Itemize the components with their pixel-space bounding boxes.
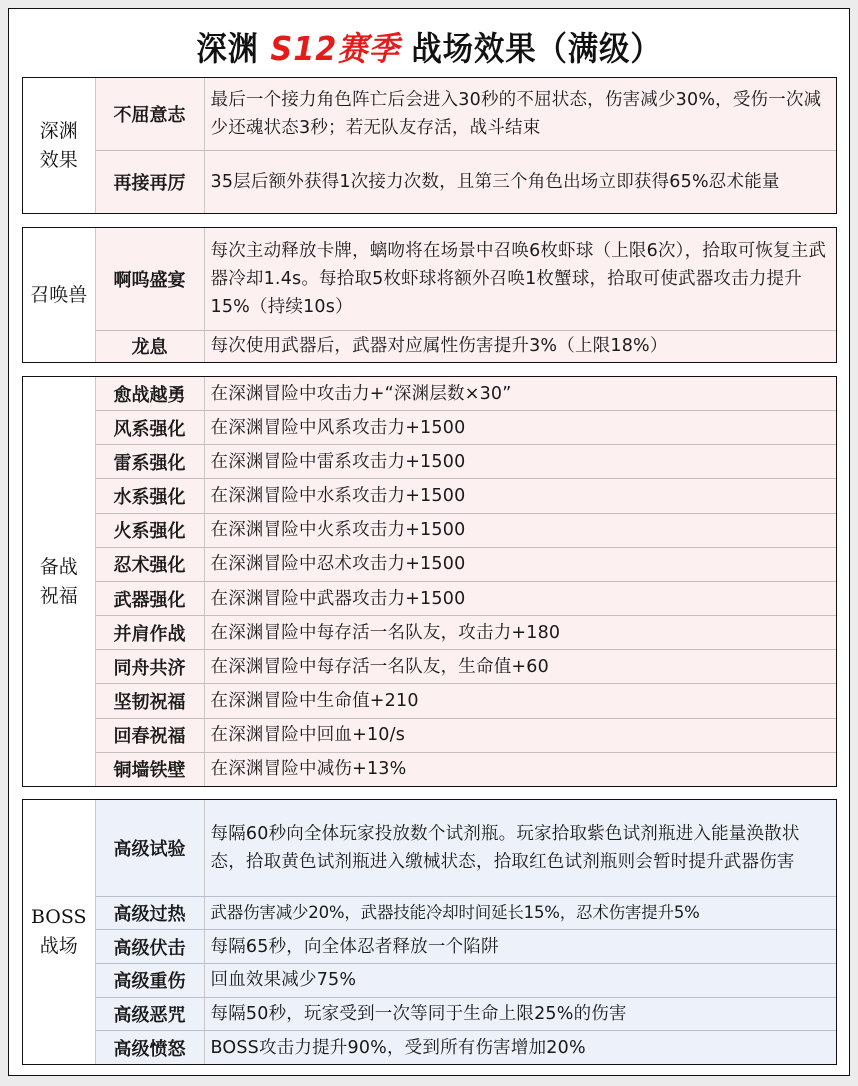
blessing-name: 武器强化 xyxy=(95,581,204,615)
table-row: 坚韧祝福 在深渊冒险中生命值+210 xyxy=(23,684,836,718)
table-row: 高级重伤 回血效果减少75% xyxy=(23,963,836,997)
blessing-name: 同舟共济 xyxy=(95,650,204,684)
title-suffix: 战场效果（满级） xyxy=(400,29,662,68)
blessing-name: 坚韧祝福 xyxy=(95,684,204,718)
category-label: 召唤兽 xyxy=(23,228,95,362)
boss-effect-desc: 每隔60秒向全体玩家投放数个试剂瓶。玩家拾取紫色试剂瓶进入能量涣散状态，拾取黄色… xyxy=(204,800,836,896)
blessing-desc: 在深渊冒险中武器攻击力+1500 xyxy=(204,581,836,615)
category-label: BOSS 战场 xyxy=(23,800,95,1064)
category-line: 战场 xyxy=(23,932,95,961)
table-row: 武器强化 在深渊冒险中武器攻击力+1500 xyxy=(23,581,836,615)
blessing-desc: 在深渊冒险中火系攻击力+1500 xyxy=(204,513,836,547)
boss-effect-name: 高级伏击 xyxy=(95,930,204,964)
table-row: 备战 祝福 愈战越勇 在深渊冒险中攻击力+“深渊层数×30” xyxy=(23,377,836,411)
table-row: 高级伏击 每隔65秒，向全体忍者释放一个陷阱 xyxy=(23,930,836,964)
boss-battlefield-table: BOSS 战场 高级试验 每隔60秒向全体玩家投放数个试剂瓶。玩家拾取紫色试剂瓶… xyxy=(23,800,836,1064)
page-title: 深渊 S12赛季 战场效果（满级） xyxy=(43,23,816,70)
blessing-name: 铜墙铁壁 xyxy=(95,752,204,786)
section-abyss-effects: 深渊 效果 不屈意志 最后一个接力角色阵亡后会进入30秒的不屈状态，伤害减少30… xyxy=(22,77,837,214)
title-season-highlight: S12赛季 xyxy=(270,29,399,68)
table-row: 水系强化 在深渊冒险中水系攻击力+1500 xyxy=(23,479,836,513)
blessing-desc: 在深渊冒险中风系攻击力+1500 xyxy=(204,411,836,445)
table-row: 召唤兽 啊呜盛宴 每次主动释放卡牌，螭吻将在场景中召唤6枚虾球（上限6次），拾取… xyxy=(23,228,836,330)
table-row: BOSS 战场 高级试验 每隔60秒向全体玩家投放数个试剂瓶。玩家拾取紫色试剂瓶… xyxy=(23,800,836,896)
blessing-desc: 在深渊冒险中生命值+210 xyxy=(204,684,836,718)
effect-name: 啊呜盛宴 xyxy=(95,228,204,330)
section-blessings: 备战 祝福 愈战越勇 在深渊冒险中攻击力+“深渊层数×30” 风系强化 在深渊冒… xyxy=(22,376,837,787)
effect-name: 龙息 xyxy=(95,330,204,362)
boss-effect-name: 高级试验 xyxy=(95,800,204,896)
effect-desc: 每次使用武器后，武器对应属性伤害提升3%（上限18%） xyxy=(204,330,836,362)
blessing-desc: 在深渊冒险中减伤+13% xyxy=(204,752,836,786)
summons-table: 召唤兽 啊呜盛宴 每次主动释放卡牌，螭吻将在场景中召唤6枚虾球（上限6次），拾取… xyxy=(23,228,836,362)
table-row: 高级过热 武器伤害减少20%，武器技能冷却时间延长15%，忍术伤害提升5% xyxy=(23,896,836,930)
effect-desc: 35层后额外获得1次接力次数，且第三个角色出场立即获得65%忍术能量 xyxy=(204,150,836,213)
table-row: 同舟共济 在深渊冒险中每存活一名队友，生命值+60 xyxy=(23,650,836,684)
boss-effect-desc: 回血效果减少75% xyxy=(204,963,836,997)
title-prefix: 深渊 xyxy=(196,29,270,68)
blessing-name: 水系强化 xyxy=(95,479,204,513)
blessing-desc: 在深渊冒险中每存活一名队友，生命值+60 xyxy=(204,650,836,684)
table-row: 风系强化 在深渊冒险中风系攻击力+1500 xyxy=(23,411,836,445)
category-label: 深渊 效果 xyxy=(23,78,95,213)
blessing-name: 火系强化 xyxy=(95,513,204,547)
category-line: 召唤兽 xyxy=(23,281,95,310)
blessing-name: 雷系强化 xyxy=(95,445,204,479)
category-line: 深渊 xyxy=(23,117,95,146)
blessing-desc: 在深渊冒险中水系攻击力+1500 xyxy=(204,479,836,513)
boss-effect-desc: 武器伤害减少20%，武器技能冷却时间延长15%，忍术伤害提升5% xyxy=(204,896,836,930)
blessing-desc: 在深渊冒险中忍术攻击力+1500 xyxy=(204,547,836,581)
table-row: 铜墙铁壁 在深渊冒险中减伤+13% xyxy=(23,752,836,786)
blessing-desc: 在深渊冒险中攻击力+“深渊层数×30” xyxy=(204,377,836,411)
effect-desc: 每次主动释放卡牌，螭吻将在场景中召唤6枚虾球（上限6次），拾取可恢复主武器冷却1… xyxy=(204,228,836,330)
blessings-table: 备战 祝福 愈战越勇 在深渊冒险中攻击力+“深渊层数×30” 风系强化 在深渊冒… xyxy=(23,377,836,786)
blessing-name: 忍术强化 xyxy=(95,547,204,581)
boss-effect-desc: BOSS攻击力提升90%，受到所有伤害增加20% xyxy=(204,1031,836,1064)
section-summons: 召唤兽 啊呜盛宴 每次主动释放卡牌，螭吻将在场景中召唤6枚虾球（上限6次），拾取… xyxy=(22,227,837,363)
table-row: 龙息 每次使用武器后，武器对应属性伤害提升3%（上限18%） xyxy=(23,330,836,362)
page-frame: 深渊 S12赛季 战场效果（满级） 深渊 效果 不屈意志 最后一个接力角色阵亡后… xyxy=(8,8,850,1076)
category-line: 祝福 xyxy=(23,582,95,611)
table-row: 高级恶咒 每隔50秒，玩家受到一次等同于生命上限25%的伤害 xyxy=(23,997,836,1031)
section-boss-battlefield: BOSS 战场 高级试验 每隔60秒向全体玩家投放数个试剂瓶。玩家拾取紫色试剂瓶… xyxy=(22,799,837,1065)
boss-effect-name: 高级恶咒 xyxy=(95,997,204,1031)
blessing-name: 风系强化 xyxy=(95,411,204,445)
table-row: 并肩作战 在深渊冒险中每存活一名队友，攻击力+180 xyxy=(23,616,836,650)
table-row: 回春祝福 在深渊冒险中回血+10/s xyxy=(23,718,836,752)
boss-effect-name: 高级愤怒 xyxy=(95,1031,204,1064)
blessing-name: 回春祝福 xyxy=(95,718,204,752)
blessing-desc: 在深渊冒险中每存活一名队友，攻击力+180 xyxy=(204,616,836,650)
boss-effect-desc: 每隔50秒，玩家受到一次等同于生命上限25%的伤害 xyxy=(204,997,836,1031)
category-line: 备战 xyxy=(23,553,95,582)
effect-name: 不屈意志 xyxy=(95,78,204,150)
blessing-name: 并肩作战 xyxy=(95,616,204,650)
boss-effect-name: 高级重伤 xyxy=(95,963,204,997)
table-row: 忍术强化 在深渊冒险中忍术攻击力+1500 xyxy=(23,547,836,581)
effect-name: 再接再厉 xyxy=(95,150,204,213)
table-row: 深渊 效果 不屈意志 最后一个接力角色阵亡后会进入30秒的不屈状态，伤害减少30… xyxy=(23,78,836,150)
table-row: 再接再厉 35层后额外获得1次接力次数，且第三个角色出场立即获得65%忍术能量 xyxy=(23,150,836,213)
blessing-name: 愈战越勇 xyxy=(95,377,204,411)
category-line: 效果 xyxy=(23,146,95,175)
blessing-desc: 在深渊冒险中回血+10/s xyxy=(204,718,836,752)
category-line: BOSS xyxy=(23,903,95,932)
effect-desc: 最后一个接力角色阵亡后会进入30秒的不屈状态，伤害减少30%，受伤一次减少还魂状… xyxy=(204,78,836,150)
table-row: 火系强化 在深渊冒险中火系攻击力+1500 xyxy=(23,513,836,547)
abyss-effects-table: 深渊 效果 不屈意志 最后一个接力角色阵亡后会进入30秒的不屈状态，伤害减少30… xyxy=(23,78,836,213)
table-row: 高级愤怒 BOSS攻击力提升90%，受到所有伤害增加20% xyxy=(23,1031,836,1064)
blessing-desc: 在深渊冒险中雷系攻击力+1500 xyxy=(204,445,836,479)
boss-effect-desc: 每隔65秒，向全体忍者释放一个陷阱 xyxy=(204,930,836,964)
boss-effect-name: 高级过热 xyxy=(95,896,204,930)
table-row: 雷系强化 在深渊冒险中雷系攻击力+1500 xyxy=(23,445,836,479)
category-label: 备战 祝福 xyxy=(23,377,95,786)
